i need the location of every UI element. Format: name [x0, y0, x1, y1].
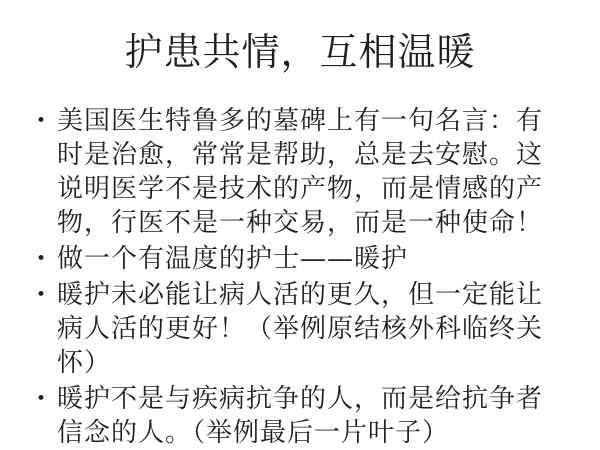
bullet-item: • 暖护不是与疾病抗争的人，而是给抗争者信念的人。（举例最后一片叶子）: [36, 382, 550, 450]
slide-canvas: 护患共情，互相温暖 • 美国医生特鲁多的墓碑上有一句名言：有时是治愈，常常是帮助…: [0, 0, 600, 450]
bullet-marker-icon: •: [36, 382, 57, 416]
bullet-list: • 美国医生特鲁多的墓碑上有一句名言：有时是治愈，常常是帮助，总是去安慰。这说明…: [36, 104, 550, 450]
bullet-marker-icon: •: [36, 278, 57, 312]
bullet-text: 暖护未必能让病人活的更久，但一定能让病人活的更好！（举例原结核外科临终关怀）: [57, 278, 548, 380]
bullet-item: • 美国医生特鲁多的墓碑上有一句名言：有时是治愈，常常是帮助，总是去安慰。这说明…: [36, 104, 550, 240]
bullet-item: • 做一个有温度的护士——暖护: [36, 242, 550, 276]
bullet-text: 美国医生特鲁多的墓碑上有一句名言：有时是治愈，常常是帮助，总是去安慰。这说明医学…: [57, 104, 548, 240]
bullet-marker-icon: •: [36, 104, 57, 138]
bullet-text: 暖护不是与疾病抗争的人，而是给抗争者信念的人。（举例最后一片叶子）: [57, 382, 548, 450]
slide-title: 护患共情，互相温暖: [0, 30, 600, 76]
bullet-marker-icon: •: [36, 242, 57, 276]
bullet-item: • 暖护未必能让病人活的更久，但一定能让病人活的更好！（举例原结核外科临终关怀）: [36, 278, 550, 380]
bullet-text: 做一个有温度的护士——暖护: [57, 242, 548, 276]
